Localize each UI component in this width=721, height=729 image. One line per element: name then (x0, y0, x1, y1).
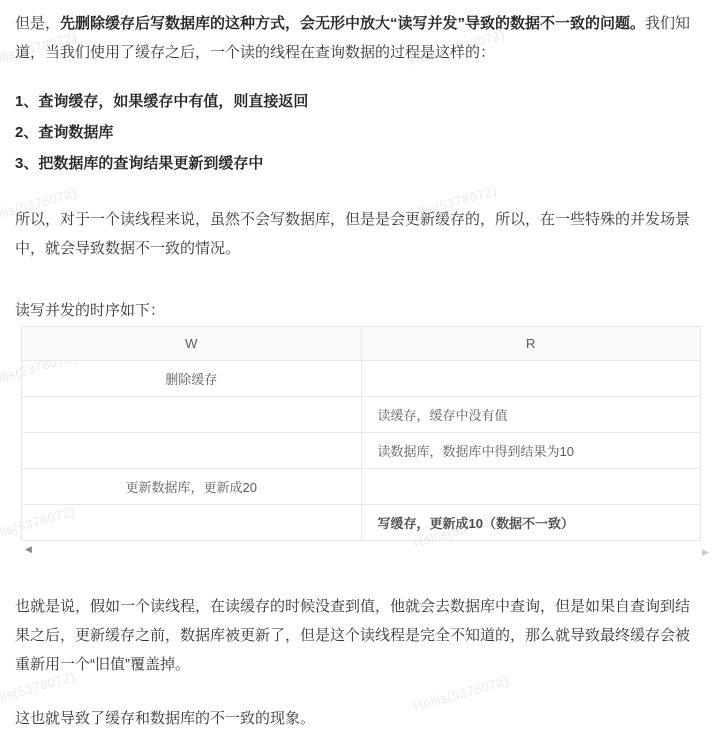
cell-r-empty (361, 469, 701, 505)
paragraph-intro: 但是，先删除缓存后写数据库的这种方式，会无形中放大“读写并发”导致的数据不一致的… (15, 9, 697, 67)
cell-w-delete-cache: 删除缓存 (22, 361, 362, 397)
intro-text-bold: 先删除缓存后写数据库的这种方式，会无形中放大“读写并发”导致的数据不一致的问题。 (60, 15, 645, 32)
table-scroll-right-icon[interactable]: ▶ (702, 544, 709, 560)
article-content: 但是，先删除缓存后写数据库的这种方式，会无形中放大“读写并发”导致的数据不一致的… (0, 0, 721, 729)
paragraph-sequence-intro: 读写并发的时序如下： (15, 296, 697, 325)
paragraph-explain: 所以，对于一个读线程来说，虽然不会写数据库，但是是会更新缓存的，所以，在一些特殊… (15, 205, 697, 263)
cell-w-empty (22, 397, 362, 433)
cell-r-write-cache-inconsistent: 写缓存，更新成10（数据不一致） (361, 505, 701, 541)
read-write-sequence-table: W R 删除缓存 读缓存，缓存中没有值 读数据库，数据库中得到结果为10 (21, 326, 701, 541)
table-row: 写缓存，更新成10（数据不一致） (22, 505, 701, 541)
intro-text-pre: 但是， (15, 15, 60, 32)
step-item-1: 1、查询缓存，如果缓存中有值，则直接返回 (15, 94, 697, 110)
article-page: Hollis(5378072) Hollis(5378072) Hollis(5… (0, 0, 721, 729)
table-row: 读缓存，缓存中没有值 (22, 397, 701, 433)
cell-r-read-db: 读数据库，数据库中得到结果为10 (361, 433, 701, 469)
table-scroll-nav: ◀ ▶ (15, 541, 697, 557)
cell-w-update-db: 更新数据库，更新成20 (22, 469, 362, 505)
table-row: 读数据库，数据库中得到结果为10 (22, 433, 701, 469)
cell-w-empty (22, 505, 362, 541)
read-flow-steps: 1、查询缓存，如果缓存中有值，则直接返回 2、查询数据库 3、把数据库的查询结果… (15, 94, 697, 172)
paragraph-conclusion-detail: 也就是说，假如一个读线程，在读缓存的时候没查到值，他就会去数据库中查询，但是如果… (15, 592, 697, 679)
cell-r-read-cache: 读缓存，缓存中没有值 (361, 397, 701, 433)
cell-w-empty (22, 433, 362, 469)
table-scroll-left-icon[interactable]: ◀ (25, 541, 32, 557)
step-item-3: 3、把数据库的查询结果更新到缓存中 (15, 156, 697, 172)
step-item-2: 2、查询数据库 (15, 125, 697, 141)
cell-r-empty (361, 361, 701, 397)
table-header-r: R (361, 327, 701, 361)
table-header-w: W (22, 327, 362, 361)
table-row: 更新数据库，更新成20 (22, 469, 701, 505)
table-header-row: W R (22, 327, 701, 361)
table-row: 删除缓存 (22, 361, 701, 397)
paragraph-conclusion: 这也就导致了缓存和数据库的不一致的现象。 (15, 704, 697, 729)
